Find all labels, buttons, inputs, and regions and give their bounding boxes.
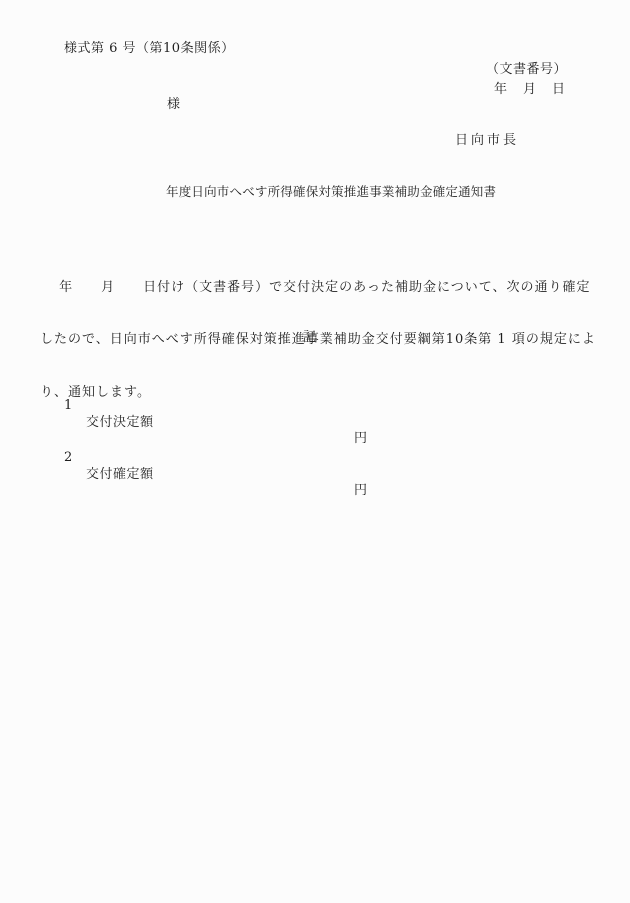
document-title: 年度日向市へべす所得確保対策推進事業補助金確定通知書 [166, 184, 496, 200]
record-marker: 記 [303, 330, 316, 346]
document-page: 様式第 6 号（第10条関係） （文書番号） 年 月 日 様 日向市長 年度日向… [0, 0, 630, 903]
item-label: 交付確定額 [86, 467, 154, 483]
item-number: 1 [64, 398, 72, 414]
item-number: 2 [64, 450, 72, 466]
body-line-2: したので、日向市へべす所得確保対策推進事業補助金交付要綱第10条第 1 項の規定… [40, 330, 600, 350]
item-label: 交付決定額 [86, 415, 154, 431]
addressee-honorific: 様 [167, 97, 180, 113]
document-number-placeholder: （文書番号） [486, 62, 567, 78]
form-number: 様式第 6 号（第10条関係） [64, 41, 235, 57]
body-paragraph: 年 月 日付け（文書番号）で交付決定のあった補助金について、次の通り確定 したの… [40, 245, 600, 435]
sender-name: 日向市長 [455, 133, 519, 149]
body-line-1: 年 月 日付け（文書番号）で交付決定のあった補助金について、次の通り確定 [40, 278, 600, 298]
item-unit-yen: 円 [354, 483, 367, 499]
item-row-confirmed-amount: 2 交付確定額 円 [0, 434, 630, 452]
item-row-decided-amount: 1 交付決定額 円 [0, 382, 630, 400]
date-placeholder: 年 月 日 [494, 82, 567, 98]
